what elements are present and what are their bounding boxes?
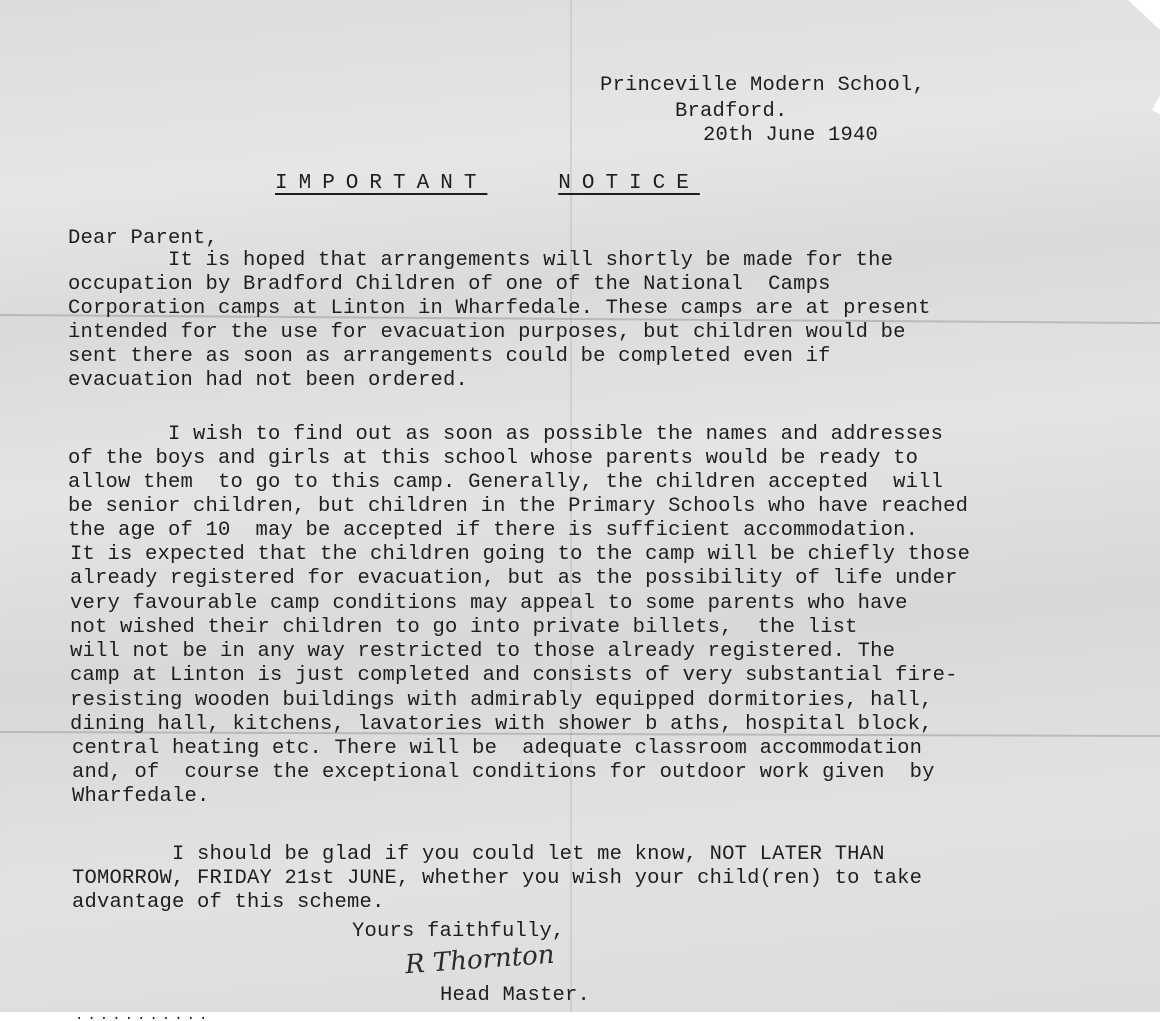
paragraph-line: allow them to go to this camp. Generally… (68, 471, 943, 495)
paragraph-line: the age of 10 may be accepted if there i… (68, 519, 918, 543)
footer-dots: ........... (75, 1008, 211, 1021)
paragraph-line: I should be glad if you could let me kno… (72, 843, 885, 867)
paragraph-line: not wished their children to go into pri… (70, 616, 858, 640)
school-name: Princeville Modern School, (600, 74, 925, 98)
letter-date: 20th June 1940 (703, 124, 878, 148)
school-city: Bradford. (675, 100, 788, 124)
paragraph-line: evacuation had not been ordered. (68, 369, 468, 393)
paragraph-line: very favourable camp conditions may appe… (70, 592, 908, 616)
paragraph-line: central heating etc. There will be adequ… (72, 737, 922, 761)
heading-word-notice: NOTICE (558, 172, 700, 195)
paragraph-line: It is expected that the children going t… (70, 543, 970, 567)
paragraph-line: be senior children, but children in the … (68, 495, 968, 519)
signatory-title: Head Master. (440, 984, 590, 1008)
paragraph-line: and, of course the exceptional condition… (72, 761, 935, 785)
paragraph-line: TOMORROW, FRIDAY 21st JUNE, whether you … (72, 867, 922, 891)
paragraph-line: Wharfedale. (72, 785, 210, 809)
paragraph-line: camp at Linton is just completed and con… (70, 664, 958, 688)
paragraph-line: I wish to find out as soon as possible t… (68, 423, 943, 447)
paragraph-line: dining hall, kitchens, lavatories with s… (70, 713, 933, 737)
paragraph-line: resisting wooden buildings with admirabl… (70, 689, 933, 713)
paragraph-line: sent there as soon as arrangements could… (68, 345, 831, 369)
paragraph-line: Corporation camps at Linton in Wharfedal… (68, 297, 931, 321)
paragraph-line: advantage of this scheme. (72, 891, 385, 915)
notice-heading: IMPORTANT NOTICE (275, 172, 700, 195)
salutation: Dear Parent, (68, 227, 218, 251)
paragraph-line: intended for the use for evacuation purp… (68, 321, 906, 345)
handwritten-signature: R Thornton (404, 940, 555, 980)
paragraph-line: of the boys and girls at this school who… (68, 447, 918, 471)
paragraph-line: occupation by Bradford Children of one o… (68, 273, 831, 297)
heading-word-important: IMPORTANT (275, 172, 487, 195)
letter-paper: Princeville Modern School, Bradford. 20t… (0, 0, 1160, 1012)
paragraph-line: It is hoped that arrangements will short… (68, 249, 893, 273)
paragraph-line: already registered for evacuation, but a… (70, 567, 958, 591)
paragraph-line: will not be in any way restricted to tho… (70, 640, 895, 664)
